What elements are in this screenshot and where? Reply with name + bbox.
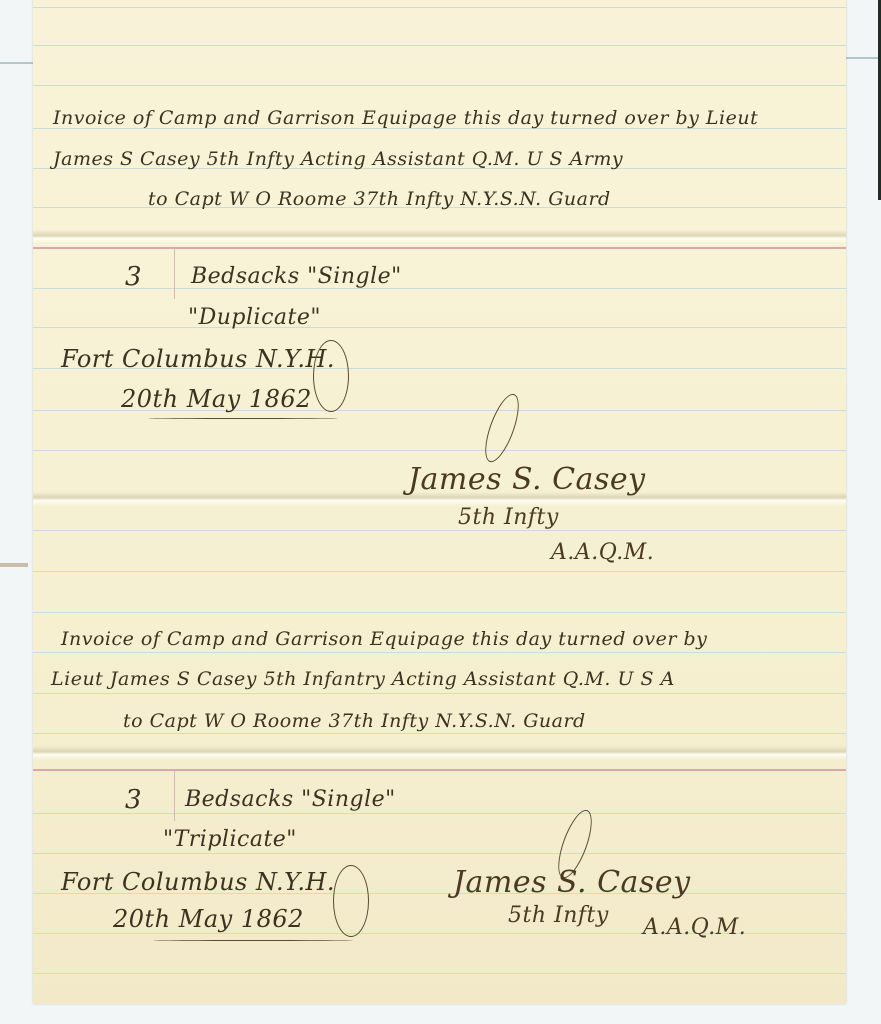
issue-date: 20th May 1862 [113,905,304,933]
ruled-line [33,733,846,734]
bracket-flourish [313,340,349,412]
ruled-line [33,571,846,572]
paper-edge-mark [0,563,28,567]
invoice-header-line-2: James S Casey 5th Infty Acting Assistant… [53,148,623,170]
ruled-line [33,612,846,613]
ruled-line [33,85,846,86]
ruled-line [33,45,846,46]
signature-title-1: 5th Infty [458,505,559,530]
place-of-issue: Fort Columbus N.Y.H. [61,868,335,896]
item-description: Bedsacks "Single" [185,787,396,812]
ruled-line [33,450,846,451]
item-quantity: 3 [125,785,142,815]
ruled-line [33,853,846,854]
date-underline-flourish [148,418,338,419]
signature-title-1: 5th Infty [508,903,609,928]
scan-background-line [846,57,881,59]
ruled-line [33,7,846,8]
ruled-line [33,327,846,328]
ruled-line [33,693,846,694]
signature-title-2: A.A.Q.M. [643,915,746,940]
invoice-header-line-2: Lieut James S Casey 5th Infantry Acting … [51,668,675,690]
paper-fold [33,230,846,244]
copy-label: "Triplicate" [163,827,297,852]
ruled-line [33,813,846,814]
bracket-flourish [333,865,369,937]
place-of-issue: Fort Columbus N.Y.H. [61,345,335,373]
ruled-line [33,288,846,289]
issue-date: 20th May 1862 [121,385,312,413]
paper-fold [33,746,846,760]
item-quantity: 3 [125,262,142,292]
signature-name: James S. Casey [408,462,646,497]
column-rule [174,249,175,299]
column-rule [174,771,175,821]
invoice-header-line-1: Invoice of Camp and Garrison Equipage th… [53,107,758,129]
invoice-header-line-3: to Capt W O Roome 37th Infty N.Y.S.N. Gu… [123,710,586,732]
invoice-header-line-1: Invoice of Camp and Garrison Equipage th… [61,628,707,650]
invoice-header-line-3: to Capt W O Roome 37th Infty N.Y.S.N. Gu… [148,188,611,210]
signature-name: James S. Casey [453,865,691,900]
date-underline-flourish [153,940,353,941]
signature-title-2: A.A.Q.M. [551,540,654,565]
ruled-line [33,973,846,974]
ledger-sheet: Invoice of Camp and Garrison Equipage th… [33,0,846,1004]
scan-background-line [0,62,34,64]
item-description: Bedsacks "Single" [191,264,402,289]
signature-loop-flourish [478,390,525,466]
copy-label: "Duplicate" [188,305,321,330]
ruled-line [33,530,846,531]
ruled-line [33,652,846,653]
margin-rule-red [33,247,846,249]
margin-rule-red [33,769,846,771]
